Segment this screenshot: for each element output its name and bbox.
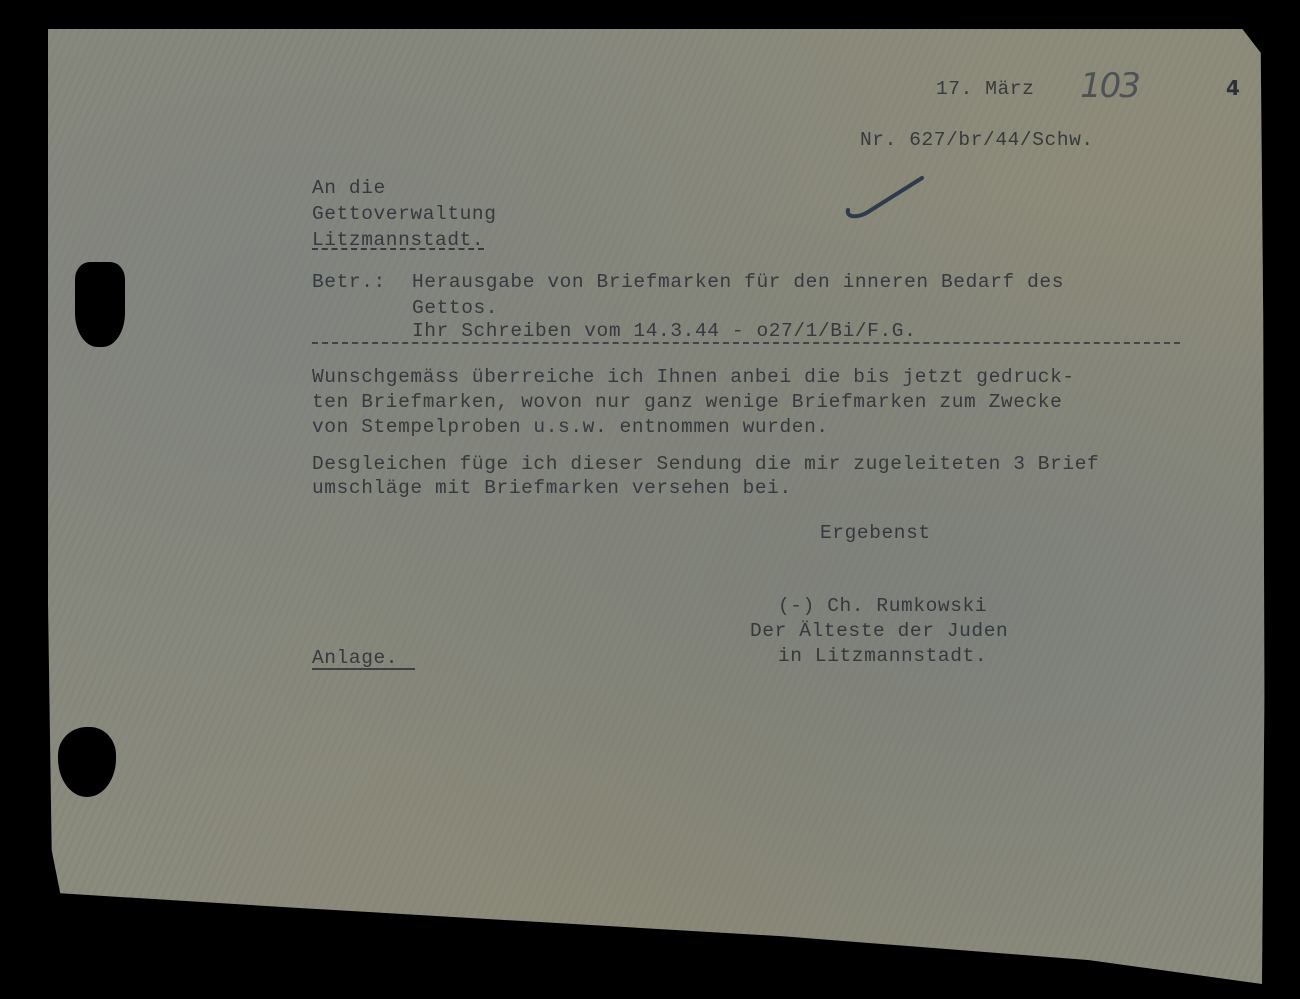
punch-hole-top bbox=[75, 262, 125, 347]
body-p2-line-1: Desgleichen füge ich dieser Sendung die … bbox=[312, 451, 1099, 477]
page-number: 4 bbox=[1226, 76, 1240, 100]
enclosure-underline bbox=[312, 668, 415, 670]
body-p1-line-2: ten Briefmarken, wovon nur ganz wenige B… bbox=[312, 389, 1062, 415]
closing: Ergebenst bbox=[820, 520, 931, 546]
recipient-line-3: Litzmannstadt. bbox=[312, 227, 484, 253]
recipient-line-2: Gettoverwaltung bbox=[312, 201, 497, 227]
recipient-line-1: An die bbox=[312, 175, 386, 201]
signature-name: (-) Ch. Rumkowski bbox=[778, 593, 987, 619]
body-p1-line-1: Wunschgemäss überreiche ich Ihnen anbei … bbox=[312, 364, 1075, 390]
reference-number: Nr. 627/br/44/Schw. bbox=[860, 127, 1094, 153]
subject-reference: Ihr Schreiben vom 14.3.44 - o27/1/Bi/F.G… bbox=[412, 318, 916, 344]
checkmark-icon bbox=[842, 172, 932, 222]
letter-date: 17. März bbox=[936, 76, 1034, 102]
handwritten-folio-number: 103 bbox=[1080, 66, 1139, 106]
signature-location: in Litzmannstadt. bbox=[778, 643, 987, 669]
signature-title: Der Älteste der Juden bbox=[750, 618, 1008, 644]
subject-divider bbox=[312, 342, 1180, 344]
body-p1-line-3: von Stempelproben u.s.w. entnommen wurde… bbox=[312, 414, 829, 440]
paper-sheet bbox=[48, 29, 1273, 984]
subject-line-1: Herausgabe von Briefmarken für den inner… bbox=[412, 269, 1064, 295]
body-p2-line-2: umschläge mit Briefmarken versehen bei. bbox=[312, 475, 792, 501]
subject-label: Betr.: bbox=[312, 269, 386, 295]
